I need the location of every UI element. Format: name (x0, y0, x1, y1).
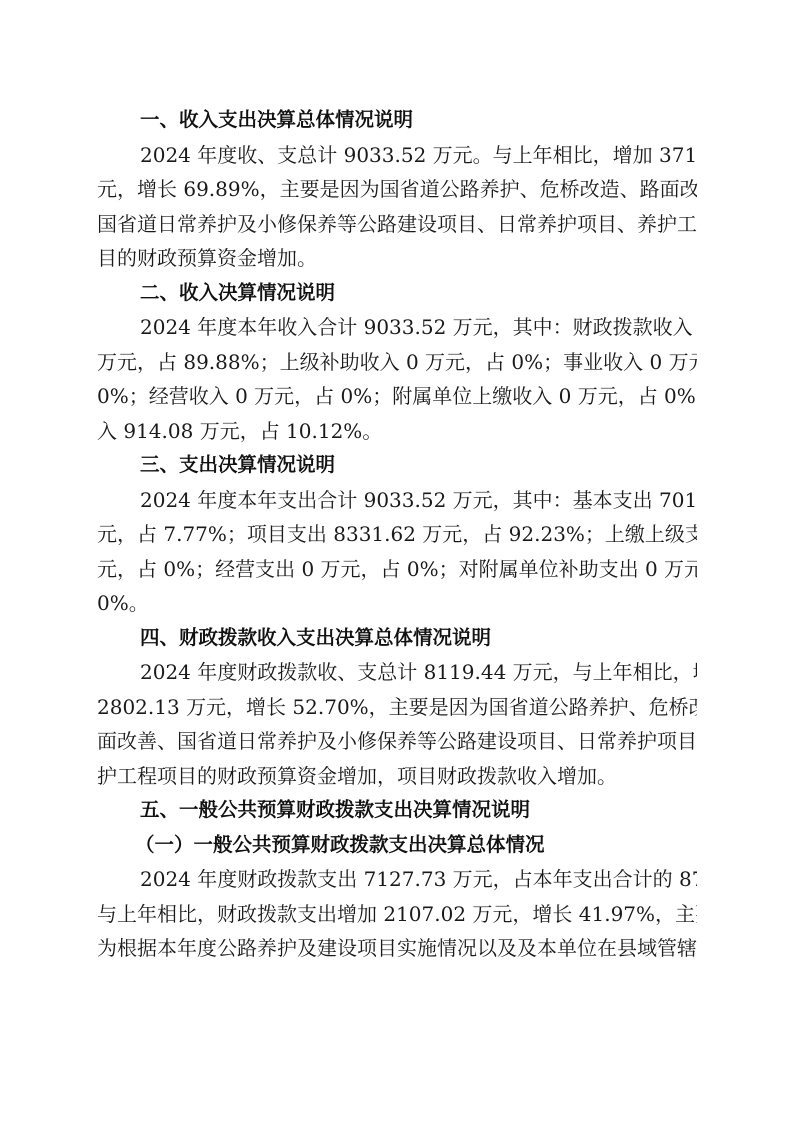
subsection-heading: （一）一般公共预算财政拨款支出决算总体情况 (97, 828, 697, 863)
paragraph-line: 0%；经营收入 0 万元，占 0%；附属单位上缴收入 0 万元，占 0%；其他收 (97, 379, 697, 414)
section-heading: 三、支出决算情况说明 (97, 448, 697, 483)
paragraph-line: 为根据本年度公路养护及建设项目实施情况以及及本单位在县域管辖内国 (97, 931, 697, 966)
paragraph-line: 国省道日常养护及小修保养等公路建设项目、日常养护项目、养护工程项 (97, 207, 697, 242)
paragraph-line: 元，占 0%；经营支出 0 万元，占 0%；对附属单位补助支出 0 万元，占 (97, 552, 697, 587)
section-heading: 一、收入支出决算总体情况说明 (97, 103, 697, 138)
paragraph-line: 与上年相比，财政拨款支出增加 2107.02 万元，增长 41.97%，主要是因 (97, 897, 697, 932)
section-heading: 二、收入决算情况说明 (97, 276, 697, 311)
paragraph-line: 万元，占 89.88%；上级补助收入 0 万元，占 0%；事业收入 0 万元，占 (97, 345, 697, 380)
section-heading: 五、一般公共预算财政拨款支出决算情况说明 (97, 793, 697, 828)
section-heading: 四、财政拨款收入支出决算总体情况说明 (97, 621, 697, 656)
paragraph-line: 目的财政预算资金增加。 (97, 241, 697, 276)
paragraph-line: 元，增长 69.89%，主要是因为国省道公路养护、危桥改造、路面改善、 (97, 172, 697, 207)
document-page: 一、收入支出决算总体情况说明 2024 年度收、支总计 9033.52 万元。与… (97, 103, 697, 966)
paragraph-line: 入 914.08 万元，占 10.12%。 (97, 414, 697, 449)
paragraph-line: 2024 年度本年支出合计 9033.52 万元，其中：基本支出 701.89 … (97, 483, 697, 518)
paragraph-line: 护工程项目的财政预算资金增加，项目财政拨款收入增加。 (97, 759, 697, 794)
paragraph-line: 元，占 7.77%；项目支出 8331.62 万元，占 92.23%；上缴上级支… (97, 517, 697, 552)
paragraph-line: 2802.13 万元，增长 52.70%，主要是因为国省道公路养护、危桥改造、路 (97, 690, 697, 725)
paragraph-line: 0%。 (97, 586, 697, 621)
paragraph-line: 2024 年度本年收入合计 9033.52 万元，其中：财政拨款收入 8119.… (97, 310, 697, 345)
paragraph-line: 2024 年度财政拨款支出 7127.73 万元，占本年支出合计的 87.79%… (97, 862, 697, 897)
paragraph-line: 2024 年度财政拨款收、支总计 8119.44 万元，与上年相比，增加 (97, 655, 697, 690)
paragraph-line: 面改善、国省道日常养护及小修保养等公路建设项目、日常养护项目、养 (97, 724, 697, 759)
paragraph-line: 2024 年度收、支总计 9033.52 万元。与上年相比，增加 3716.21… (97, 138, 697, 173)
